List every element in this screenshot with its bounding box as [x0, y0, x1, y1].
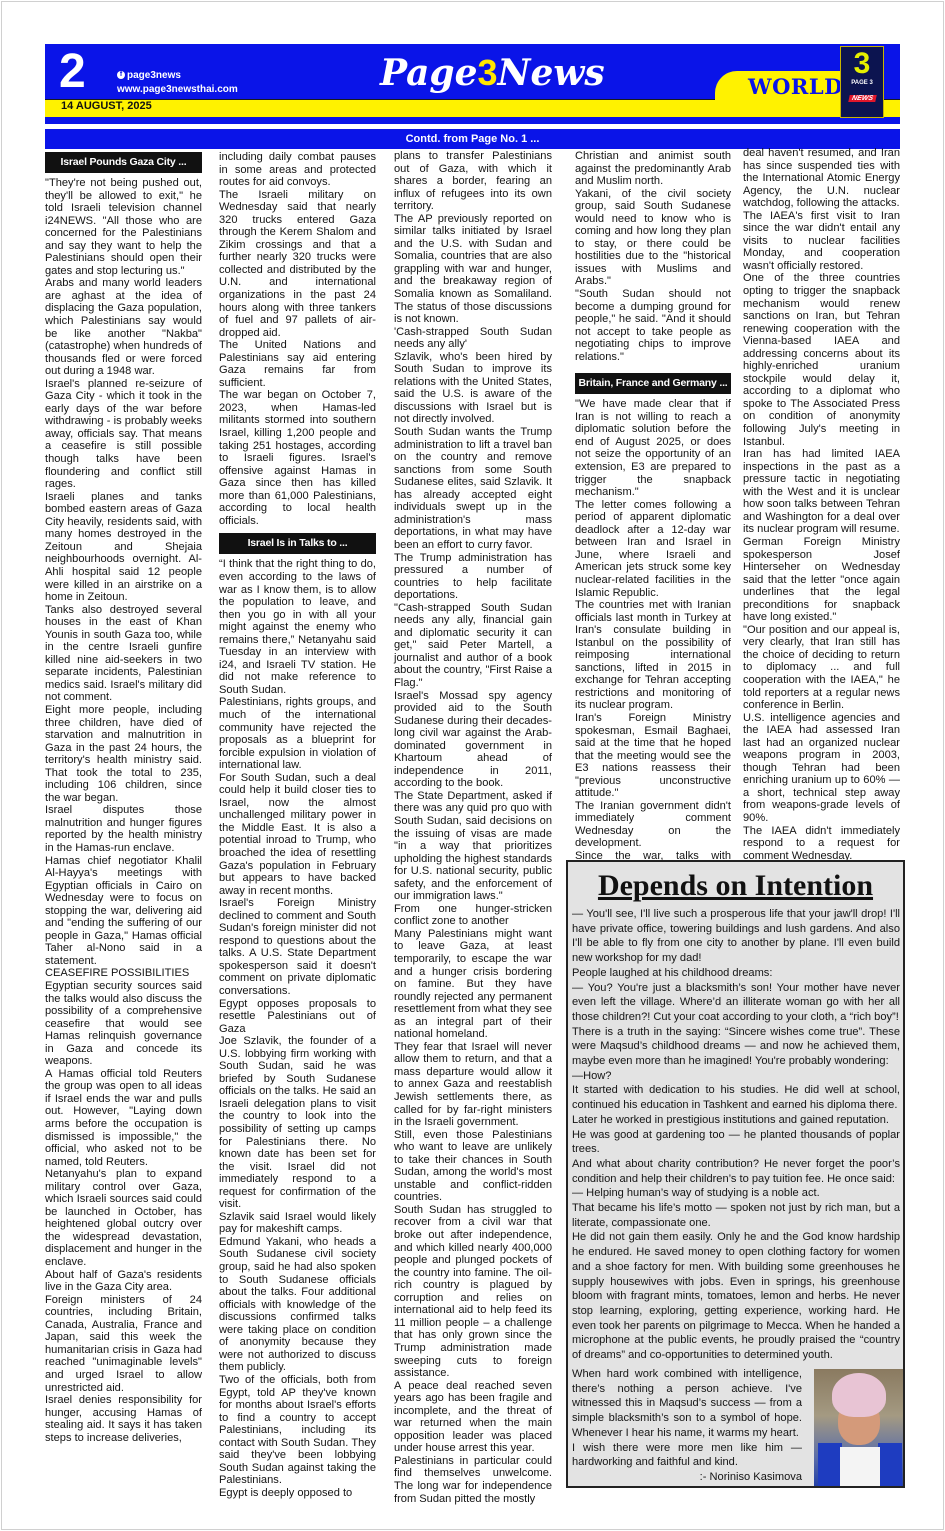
masthead-contacts: fpage3news www.page3newsthai.com [117, 69, 238, 97]
section-label: WORLD [748, 74, 843, 100]
paragraph: For South Sudan, such a deal could help … [219, 772, 376, 897]
paragraph: A Hamas official told Reuters the group … [45, 1068, 202, 1168]
article-heading: Britain, France and Germany ... [575, 373, 731, 394]
paragraph: Later he worked in prestigious instituti… [572, 1113, 900, 1128]
paragraph: Hamas chief negotiator Khalil Al-Hayya's… [45, 855, 202, 968]
paragraph: Szlavik said Israel would likely pay for… [219, 1211, 376, 1236]
logo-number: 3 [478, 52, 498, 93]
paragraph: Szlavik, who's been hired by South Sudan… [394, 351, 552, 426]
paragraph: I wish there were more men like him — ha… [572, 1441, 802, 1470]
paragraph: People laughed at his childhood dreams: [572, 966, 900, 981]
article-column-2: including daily combat pauses in some ar… [219, 151, 376, 1499]
feature-body: — You'll see, I'll live such a prosperou… [572, 907, 900, 1363]
feature-story-box: Depends on Intention — You'll see, I'll … [566, 860, 905, 1488]
paragraph: Egyptian security sources said the talks… [45, 980, 202, 1068]
paragraph: The United Nations and Palestinians say … [219, 339, 376, 389]
paragraph: The Iranian government didn't immediatel… [575, 800, 731, 850]
paragraph: A peace deal reached seven years ago has… [394, 1380, 552, 1455]
paragraph: It started with dedication to his studie… [572, 1083, 900, 1112]
paragraph: The AP previously reported on similar ta… [394, 213, 552, 326]
article-column-4: Christian and animist south against the … [575, 150, 731, 875]
paragraph: "Cash-strapped South Sudan needs any all… [394, 602, 552, 690]
paragraph: The Trump administration has pressured a… [394, 552, 552, 602]
badge-label: PAGE 3 [841, 79, 883, 87]
paragraph: Iran has had limited IAEA inspections in… [743, 448, 900, 536]
website-link[interactable]: www.page3newsthai.com [117, 83, 238, 97]
photo-jacket-left [818, 1443, 842, 1486]
newspaper-logo: Page3News [380, 50, 605, 96]
paragraph: Israel's planned re-seizure of Gaza City… [45, 378, 202, 491]
paragraph: Foreign ministers of 24 countries, inclu… [45, 1294, 202, 1394]
feature-closing: When hard work combined with intelligenc… [572, 1367, 802, 1485]
author-signature: :- Noriniso Kasimova [572, 1470, 802, 1485]
paragraph: South Sudan has struggled to recover fro… [394, 1204, 552, 1380]
author-photo [814, 1369, 903, 1486]
paragraph: About half of Gaza's residents live in t… [45, 1269, 202, 1294]
article-column-5: deal haven't resumed, and Iran has since… [743, 147, 900, 862]
paragraph: Tanks also destroyed several houses in t… [45, 604, 202, 704]
paragraph: “I think that the right thing to do, eve… [219, 558, 376, 696]
paragraph: Israeli planes and tanks bombed eastern … [45, 491, 202, 604]
article-column-1: Israel Pounds Gaza City ... "They're not… [45, 150, 202, 1444]
paragraph: And what about charity contribution? He … [572, 1157, 900, 1186]
paragraph: German Foreign Ministry spokesperson Jos… [743, 536, 900, 624]
paragraph: plans to transfer Palestinians out of Ga… [394, 150, 552, 213]
paragraph: Two of the officials, both from Egypt, t… [219, 1374, 376, 1487]
section-subheading: CEASEFIRE POSSIBILITIES [45, 967, 202, 980]
photo-shirt [840, 1447, 880, 1486]
article-column-3: plans to transfer Palestinians out of Ga… [394, 150, 552, 1505]
paragraph: Iran's Foreign Ministry spokesman, Esmai… [575, 712, 731, 800]
paragraph: "South Sudan should not become a dumping… [575, 288, 731, 363]
paragraph: Israel disputes those malnutrition and h… [45, 804, 202, 854]
feature-title: Depends on Intention [568, 867, 903, 905]
article-heading: Israel Pounds Gaza City ... [45, 152, 202, 173]
paragraph: Palestinians, rights groups, and much of… [219, 696, 376, 771]
paragraph: Israel's Mossad spy agency provided aid … [394, 690, 552, 790]
section-subheading: Egypt opposes proposals to resettle Pale… [219, 998, 376, 1036]
section-subheading: 'Cash-strapped South Sudan needs any all… [394, 326, 552, 351]
paragraph: deal haven't resumed, and Iran has since… [743, 147, 900, 210]
paragraph: The Israeli military on Wednesday said t… [219, 189, 376, 340]
paragraph: Edmund Yakani, who heads a South Sudanes… [219, 1236, 376, 1374]
paragraph: "Our position and our appeal is, very cl… [743, 624, 900, 712]
paragraph: The State Department, asked if there was… [394, 790, 552, 903]
badge-number: 3 [841, 49, 883, 79]
paragraph: South Sudan wants the Trump administrati… [394, 426, 552, 551]
section-subheading: From one hunger-stricken conflict zone t… [394, 903, 552, 928]
photo-headscarf [832, 1373, 886, 1417]
paragraph: The IAEA's first visit to Iran since the… [743, 210, 900, 273]
paragraph: The war began on October 7, 2023, when H… [219, 389, 376, 527]
continued-banner: Contd. from Page No. 1 ... [45, 129, 900, 149]
paragraph: — You? You're just a blacksmith’s son! Y… [572, 981, 900, 1025]
page-number: 2 [59, 46, 86, 98]
brand-badge: 3 PAGE 3 NEWS [840, 46, 884, 118]
paragraph: Palestinians in particular could find th… [394, 1455, 552, 1505]
paragraph: The IAEA didn't immediately respond to a… [743, 825, 900, 863]
paragraph: "They're not being pushed out, they'll b… [45, 177, 202, 277]
logo-prefix: Page [380, 52, 478, 94]
paragraph: There is a truth in the saying: “Sincere… [572, 1025, 900, 1069]
article-heading: Israel Is in Talks to ... [219, 533, 376, 554]
paragraph: Joe Szlavik, the founder of a U.S. lobby… [219, 1035, 376, 1211]
facebook-handle[interactable]: page3news [127, 70, 181, 81]
paragraph: Netanyahu's plan to expand military cont… [45, 1168, 202, 1268]
paragraph: The countries met with Iranian officials… [575, 599, 731, 712]
paragraph: Still, even those Palestinians who want … [394, 1129, 552, 1204]
paragraph: The letter comes following a period of a… [575, 499, 731, 599]
paragraph: Israel denies responsibility for hunger,… [45, 1394, 202, 1444]
issue-date: 14 AUGUST, 2025 [61, 99, 152, 113]
paragraph: including daily combat pauses in some ar… [219, 151, 376, 189]
logo-suffix: News [498, 52, 605, 94]
paragraph: They fear that Israel will never allow t… [394, 1041, 552, 1129]
paragraph: —How? [572, 1069, 900, 1084]
paragraph: That became his life’s motto — spoken no… [572, 1201, 900, 1230]
paragraph: Yakani, of the civil society group, said… [575, 188, 731, 288]
paragraph: Arabs and many world leaders are aghast … [45, 277, 202, 377]
paragraph: — Helping human’s way of studying is a n… [572, 1186, 900, 1201]
paragraph: U.S. intelligence agencies and the IAEA … [743, 712, 900, 825]
photo-jacket-right [878, 1443, 902, 1486]
paragraph: He did not gain them easily. Only he and… [572, 1230, 900, 1362]
paragraph: Many Palestinians might want to leave Ga… [394, 928, 552, 1041]
paragraph: Christian and animist south against the … [575, 150, 731, 188]
paragraph: Israel's Foreign Ministry declined to co… [219, 897, 376, 997]
masthead: 2 fpage3news www.page3newsthai.com 14 AU… [45, 44, 900, 124]
paragraph: Eight more people, including three child… [45, 704, 202, 804]
paragraph: When hard work combined with intelligenc… [572, 1367, 802, 1441]
badge-tag: NEWS [848, 95, 876, 102]
paragraph: He was good at gardening too — he plante… [572, 1128, 900, 1157]
paragraph: Egypt is deeply opposed to [219, 1487, 376, 1500]
paragraph: — You'll see, I'll live such a prosperou… [572, 907, 900, 966]
facebook-icon: f [117, 71, 125, 79]
paragraph: "We have made clear that if Iran is not … [575, 398, 731, 498]
paragraph: One of the three countries opting to tri… [743, 272, 900, 448]
